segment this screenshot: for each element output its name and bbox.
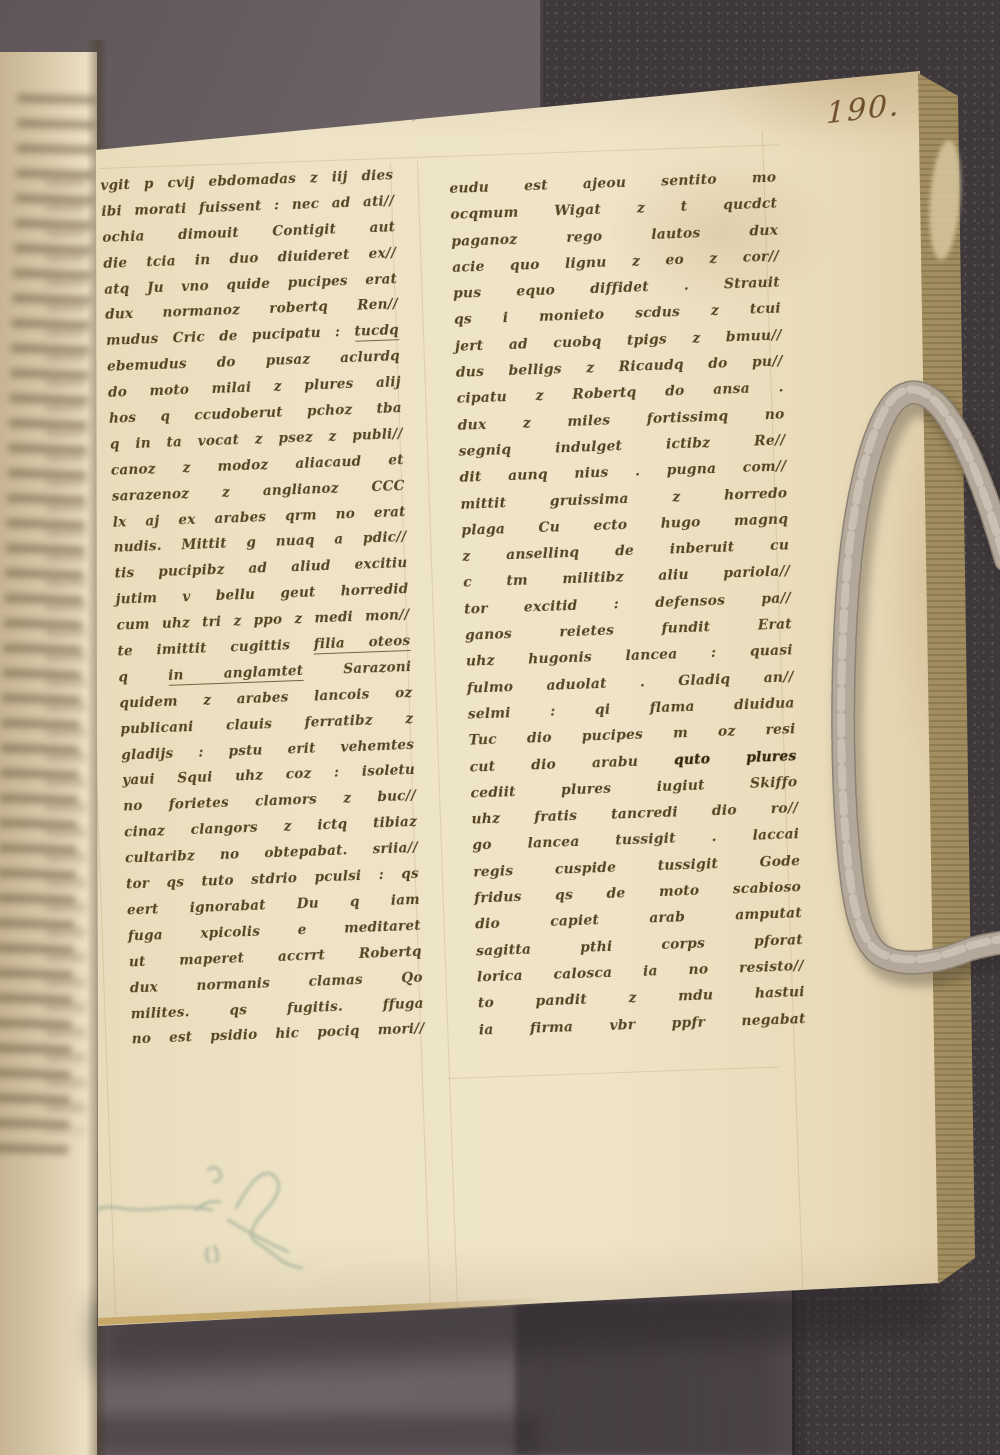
facing-page — [0, 52, 97, 1455]
pencil-foliation-number: 197 — [382, 106, 425, 125]
green-offset-inscription — [78, 1150, 328, 1290]
text-column-1: vgit p cvij ebdomadas z iij diesibi mora… — [100, 163, 425, 1053]
facing-page-blurred-text-2 — [46, 172, 86, 1132]
manuscript-page: 197 190. vgit p cvij ebdomadas z iij die… — [0, 0, 1000, 1455]
manuscript-photo-scene: 197 190. vgit p cvij ebdomadas z iij die… — [0, 0, 1000, 1455]
text-column-2: eudu est ajeou sentito moocqmum Wigat z … — [449, 165, 806, 1044]
